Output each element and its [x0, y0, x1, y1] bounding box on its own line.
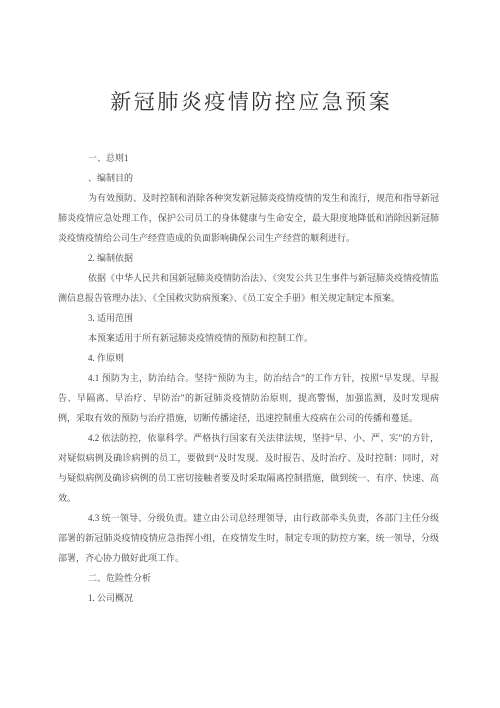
document-body: 一、总则1、编制目的为有效预防、及时控制和消除各种突发新冠肺炎疫情疫情的发生和流…: [58, 148, 439, 608]
paragraph: 依据《中华人民共和国新冠肺炎疫情防治法》、《突发公共卫生事件与新冠肺炎疫情疫情监…: [58, 268, 439, 308]
paragraph: 本预案适用于所有新冠肺炎疫情疫情的预防和控制工作。: [58, 328, 439, 348]
paragraph: 二、危险性分析: [58, 568, 439, 588]
paragraph: 4.2 依法防控，依靠科学。严格执行国家有关法律法规，坚持“早、小、严、实”的方…: [58, 428, 439, 508]
paragraph: 为有效预防、及时控制和消除各种突发新冠肺炎疫情疫情的发生和流行，规范和指导新冠肺…: [58, 188, 439, 248]
paragraph: 4.3 统一领导、分级负责。建立由公司总经理领导，由行政部牵头负责，各部门主任分…: [58, 508, 439, 568]
paragraph: 1. 公司概况: [58, 588, 439, 608]
paragraph: 4. 作原则: [58, 348, 439, 368]
document-title: 新冠肺炎疫情防控应急预案: [0, 84, 500, 120]
paragraph: 2. 编制依据: [58, 248, 439, 268]
paragraph: 3. 适用范围: [58, 308, 439, 328]
paragraph: 4.1 预防为主，防治结合。坚持“预防为主，防治结合”的工作方针，按照“早发现、…: [58, 368, 439, 428]
paragraph: 一、总则1: [58, 148, 439, 168]
paragraph: 、编制目的: [58, 168, 439, 188]
document-page: 新冠肺炎疫情防控应急预案 一、总则1、编制目的为有效预防、及时控制和消除各种突发…: [0, 0, 500, 708]
